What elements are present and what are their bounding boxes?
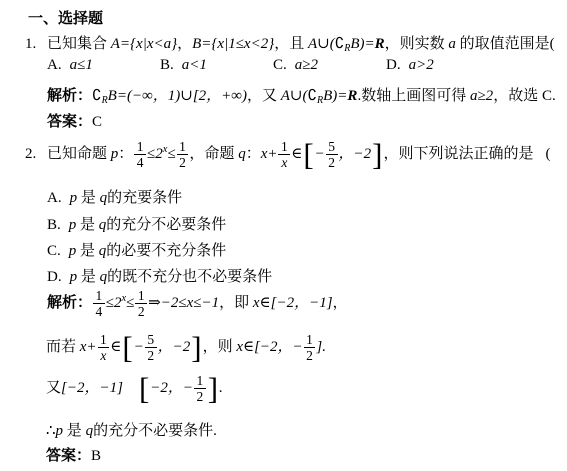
q1-stem-text: 已知集合 bbox=[47, 36, 111, 52]
question-2-option-B: B.p 是 q的充分不必要条件 bbox=[47, 213, 226, 234]
question-2-number: 2. bbox=[25, 146, 47, 163]
fraction: 52 bbox=[326, 139, 338, 170]
complement-symbol: ∁ bbox=[307, 86, 317, 104]
answer-blank: 的取值范围是( ) bbox=[456, 36, 567, 52]
right-bracket: ] bbox=[191, 330, 201, 365]
fraction: 52 bbox=[145, 332, 157, 363]
fraction: 14 bbox=[93, 288, 105, 319]
option-B-value: a<1 bbox=[182, 57, 207, 73]
left-bracket: [ bbox=[122, 330, 132, 365]
question-2-stem: 2.已知命题 p：14≤2x≤12，命题 q：x+1x∈[−52，−2]，则下列… bbox=[25, 139, 567, 170]
option-A: A.a≤1 bbox=[47, 57, 160, 74]
question-2-option-C: C.p 是 q的必要不充分条件 bbox=[47, 239, 226, 260]
complement-symbol: ∁ bbox=[92, 86, 102, 104]
question-2-option-A: A.p 是 q的充要条件 bbox=[47, 186, 182, 207]
analysis-label: 解析： bbox=[47, 295, 92, 311]
option-B: B.a<1 bbox=[160, 57, 273, 74]
option-C-label: C. bbox=[273, 57, 287, 73]
fraction: 12 bbox=[304, 332, 316, 363]
option-B-label: B. bbox=[160, 57, 174, 73]
therefore-symbol: ∴ bbox=[46, 423, 56, 439]
question-2-analysis-line2: 而若 x+1x∈[−52，−2]，则 x∈[−2，−12]. bbox=[46, 332, 326, 363]
option-C: C.a≥2 bbox=[273, 57, 386, 74]
question-1-answer: 答案：C bbox=[47, 110, 102, 131]
option-A-label: A. bbox=[47, 57, 62, 73]
question-2-conclusion: ∴p 是 q的充分不必要条件. bbox=[46, 419, 217, 440]
option-D: D.a>2 bbox=[386, 57, 434, 74]
reals-symbol: R bbox=[375, 36, 385, 52]
q1-stem-math: A={x|x<a} bbox=[111, 36, 177, 52]
left-bracket: [ bbox=[303, 137, 313, 172]
option-C-value: a≥2 bbox=[295, 57, 318, 73]
question-2-analysis-line3: 又[−2，−1][−2，−12]. bbox=[46, 373, 223, 404]
option-A-value: a≤1 bbox=[70, 57, 93, 73]
answer-label: 答案： bbox=[46, 448, 91, 464]
complement-symbol: ∁ bbox=[335, 34, 345, 52]
fraction: 12 bbox=[177, 139, 189, 170]
worksheet-page: 一、选择题 1.已知集合 A={x|x<a}，B={x|1≤x<2}，且 A∪(… bbox=[0, 0, 567, 471]
question-2-answer: 答案：B bbox=[46, 444, 101, 465]
answer-label: 答案： bbox=[47, 114, 92, 130]
section-heading-text: 一、选择题 bbox=[28, 11, 103, 27]
answer-value: B bbox=[91, 448, 101, 464]
fraction: 14 bbox=[134, 139, 146, 170]
option-D-value: a>2 bbox=[409, 57, 434, 73]
right-bracket: ] bbox=[372, 137, 382, 172]
reals-symbol: R bbox=[347, 88, 357, 104]
fraction: 1x bbox=[278, 139, 290, 170]
answer-value: C bbox=[92, 114, 102, 130]
question-1-analysis: 解析：∁RB=(−∞，1)∪[2，+∞)，又 A∪(∁RB)=R.数轴上画图可得… bbox=[47, 84, 556, 106]
answer-blank: ( ) bbox=[546, 146, 567, 162]
fraction: 1x bbox=[98, 332, 110, 363]
analysis-label: 解析： bbox=[47, 88, 92, 104]
section-heading: 一、选择题 bbox=[28, 7, 103, 28]
question-1-number: 1. bbox=[25, 36, 47, 53]
left-bracket: [ bbox=[139, 371, 149, 406]
option-D-label: D. bbox=[386, 57, 401, 73]
question-2-option-D: D.p 是 q的既不充分也不必要条件 bbox=[47, 265, 272, 286]
right-bracket: ] bbox=[208, 371, 218, 406]
fraction: 12 bbox=[135, 288, 147, 319]
question-1-options: A.a≤1B.a<1C.a≥2D.a>2 bbox=[47, 57, 434, 74]
question-2-analysis-line1: 解析：14≤2x≤12⇒−2≤x≤−1，即 x∈[−2，−1]， bbox=[47, 288, 348, 319]
question-1-stem: 1.已知集合 A={x|x<a}，B={x|1≤x<2}，且 A∪(∁RB)=R… bbox=[25, 32, 567, 54]
fraction: 12 bbox=[194, 373, 206, 404]
